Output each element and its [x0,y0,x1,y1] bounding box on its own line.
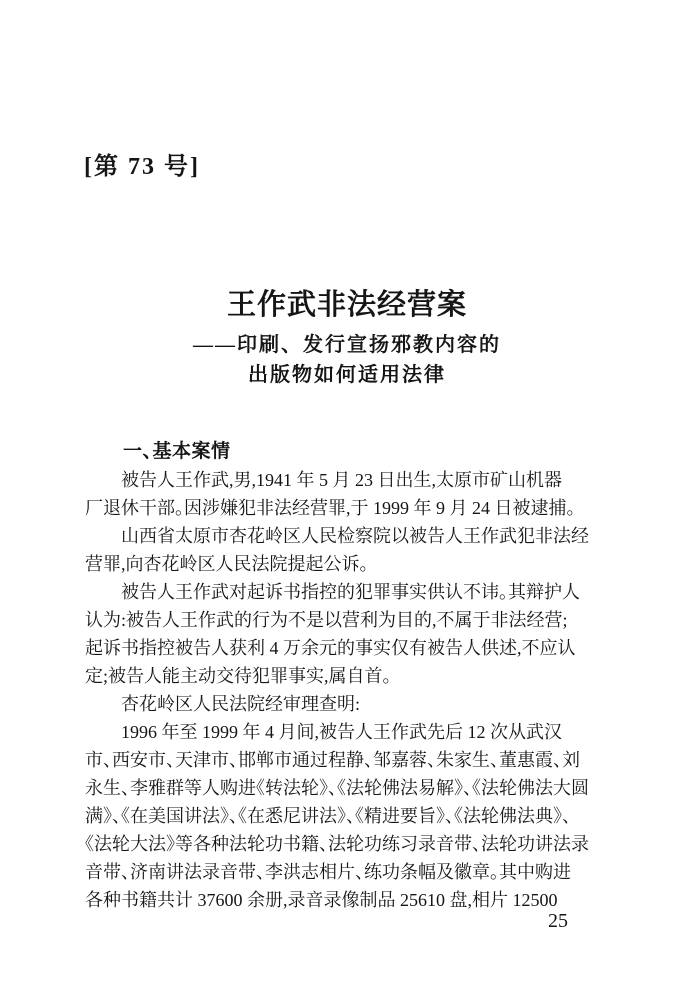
body-content: 一、基本案情 被告人王作武,男,1941 年 5 月 23 日出生,太原市矿山机… [85,438,612,914]
document-page: [第 73 号] 王作武非法经营案 ——印刷、发行宣扬邪教内容的 出版物如何适用… [0,0,694,999]
paragraph-facts: 1996 年至 1999 年 4 月间,被告人王作武先后 12 次从武汉 市、西… [85,718,612,914]
case-number: [第 73 号] [84,146,200,181]
case-subtitle: ——印刷、发行宣扬邪教内容的 出版物如何适用法律 [0,330,694,390]
case-subtitle-line1: ——印刷、发行宣扬邪教内容的 [0,330,694,360]
page-number: 25 [548,910,568,933]
paragraph-prosecution: 山西省太原市杏花岭区人民检察院以被告人王作武犯非法经 营罪,向杏花岭区人民法院提… [85,522,612,578]
paragraph-defendant-info: 被告人王作武,男,1941 年 5 月 23 日出生,太原市矿山机器 厂退休干部… [85,466,612,522]
section-heading: 一、基本案情 [85,438,612,466]
case-title: 王作武非法经营案 [0,282,694,323]
case-subtitle-line2: 出版物如何适用法律 [0,360,694,390]
paragraph-defense-opinion: 被告人王作武对起诉书指控的犯罪事实供认不讳。其辩护人 认为:被告人王作武的行为不… [85,578,612,690]
paragraph-court-finding-intro: 杏花岭区人民法院经审理查明: [85,690,612,718]
